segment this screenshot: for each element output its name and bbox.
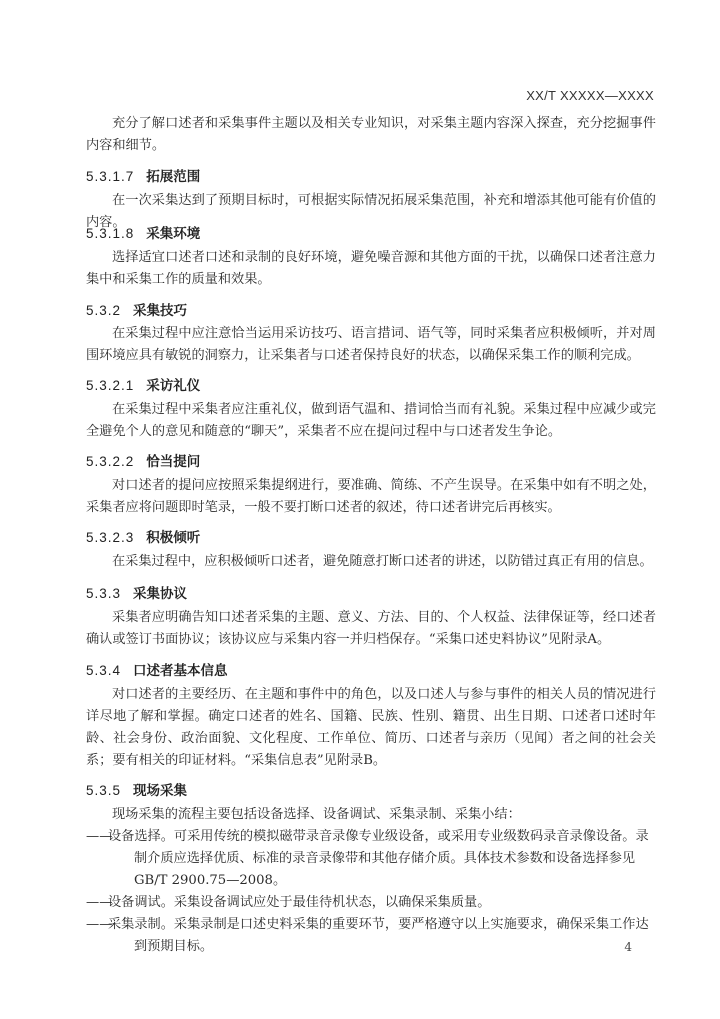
dash-marker: ——	[86, 914, 108, 936]
section-title: 口述者基本信息	[133, 663, 228, 678]
section-number: 5.3.2.2	[86, 454, 134, 469]
section-number: 5.3.1.8	[86, 226, 134, 241]
section-heading: 5.3.4口述者基本信息	[86, 660, 656, 682]
standard-code: XX/T XXXXX—XXXX	[526, 88, 654, 103]
heading-text: 5.3.4口述者基本信息	[86, 660, 656, 682]
paragraph-block: 对口述者的主要经历、在主题和事件中的角色，以及口述人与参与事件的相关人员的情况进…	[86, 684, 656, 772]
heading-text: 5.3.1.7拓展范围	[86, 166, 656, 188]
section-title: 现场采集	[133, 783, 187, 798]
paragraph: 在采集过程中，应积极倾听口述者，避免随意打断口述者的讲述，以防错过真正有用的信息…	[86, 551, 656, 573]
heading-text: 5.3.5现场采集	[86, 780, 656, 802]
section-heading: 5.3.2.1采访礼仪	[86, 375, 656, 397]
paragraph: 在采集过程中采集者应注重礼仪，做到语气温和、措词恰当而有礼貌。采集过程中应减少或…	[86, 399, 656, 443]
paragraph-block: 充分了解口述者和采集事件主题以及相关专业知识，对采集主题内容深入探查，充分挖掘事…	[86, 113, 656, 157]
section-heading: 5.3.1.8采集环境	[86, 223, 656, 245]
paragraph-block: 采集者应明确告知口述者采集的主题、意义、方法、目的、个人权益、法律保证等，经口述…	[86, 607, 656, 651]
section-title: 采集技巧	[133, 303, 187, 318]
paragraph-block: 在采集过程中应注意恰当运用采访技巧、语言措词、语气等，同时采集者应积极倾听，并对…	[86, 323, 656, 367]
paragraph: 采集者应明确告知口述者采集的主题、意义、方法、目的、个人权益、法律保证等，经口述…	[86, 607, 656, 651]
paragraph: 对口述者的提问应按照采集提纲进行，要准确、简练、不产生误导。在采集中如有不明之处…	[86, 475, 656, 519]
section-title: 恰当提问	[146, 454, 200, 469]
paragraph: 对口述者的主要经历、在主题和事件中的角色，以及口述人与参与事件的相关人员的情况进…	[86, 684, 656, 772]
section-title: 采访礼仪	[146, 378, 200, 393]
section-heading: 5.3.1.7拓展范围	[86, 166, 656, 188]
paragraph: 在采集过程中应注意恰当运用采访技巧、语言措词、语气等，同时采集者应积极倾听，并对…	[86, 323, 656, 367]
paragraph-block: 对口述者的提问应按照采集提纲进行，要准确、简练、不产生误导。在采集中如有不明之处…	[86, 475, 656, 519]
heading-text: 5.3.2.3积极倾听	[86, 527, 656, 549]
dash-marker: ——	[86, 826, 108, 848]
paragraph-block: 在采集过程中，应积极倾听口述者，避免随意打断口述者的讲述，以防错过真正有用的信息…	[86, 551, 656, 573]
section-title: 积极倾听	[146, 530, 200, 545]
page-number: 4	[624, 940, 632, 954]
dash-marker: ——	[86, 892, 108, 914]
list-item-equipment-selection: ——设备选择。可采用传统的模拟磁带录音录像专业级设备，或采用专业级数码录音录像设…	[86, 826, 656, 892]
heading-text: 5.3.1.8采集环境	[86, 223, 656, 245]
section-title: 采集环境	[146, 226, 200, 241]
paragraph-block: 选择适宜口述者口述和录制的良好环境，避免噪音源和其他方面的干扰，以确保口述者注意…	[86, 247, 656, 291]
section-number: 5.3.2.1	[86, 378, 134, 393]
paragraph: 选择适宜口述者口述和录制的良好环境，避免噪音源和其他方面的干扰，以确保口述者注意…	[86, 247, 656, 291]
field-collection-intro: 现场采集的流程主要包括设备选择、设备调试、采集录制、采集小结：	[86, 804, 656, 826]
section-number: 5.3.5	[86, 783, 121, 798]
section-heading: 5.3.2采集技巧	[86, 300, 656, 322]
section-title: 采集协议	[133, 586, 187, 601]
heading-text: 5.3.3采集协议	[86, 583, 656, 605]
heading-text: 5.3.2采集技巧	[86, 300, 656, 322]
paragraph-block: 在采集过程中采集者应注重礼仪，做到语气温和、措词恰当而有礼貌。采集过程中应减少或…	[86, 399, 656, 443]
paragraph: 充分了解口述者和采集事件主题以及相关专业知识，对采集主题内容深入探查，充分挖掘事…	[86, 113, 656, 157]
section-number: 5.3.2.3	[86, 530, 134, 545]
list-item-equipment-debugging: ——设备调试。采集设备调试应处于最佳待机状态，以确保采集质量。	[86, 892, 656, 914]
document-page: XX/T XXXXX—XXXX 充分了解口述者和采集事件主题以及相关专业知识，对…	[0, 0, 720, 1019]
section-heading: 5.3.2.3积极倾听	[86, 527, 656, 549]
section-heading: 5.3.2.2恰当提问	[86, 451, 656, 473]
section-number: 5.3.3	[86, 586, 121, 601]
heading-text: 5.3.2.2恰当提问	[86, 451, 656, 473]
heading-text: 5.3.2.1采访礼仪	[86, 375, 656, 397]
field-collection-section: 现场采集的流程主要包括设备选择、设备调试、采集录制、采集小结： ——设备选择。可…	[86, 804, 656, 958]
section-title: 拓展范围	[146, 169, 200, 184]
section-heading: 5.3.5现场采集	[86, 780, 656, 802]
list-item-recording: ——采集录制。采集录制是口述史料采集的重要环节，要严格遵守以上实施要求，确保采集…	[86, 914, 656, 958]
section-heading: 5.3.3采集协议	[86, 583, 656, 605]
section-number: 5.3.4	[86, 663, 121, 678]
section-number: 5.3.1.7	[86, 169, 134, 184]
section-number: 5.3.2	[86, 303, 121, 318]
